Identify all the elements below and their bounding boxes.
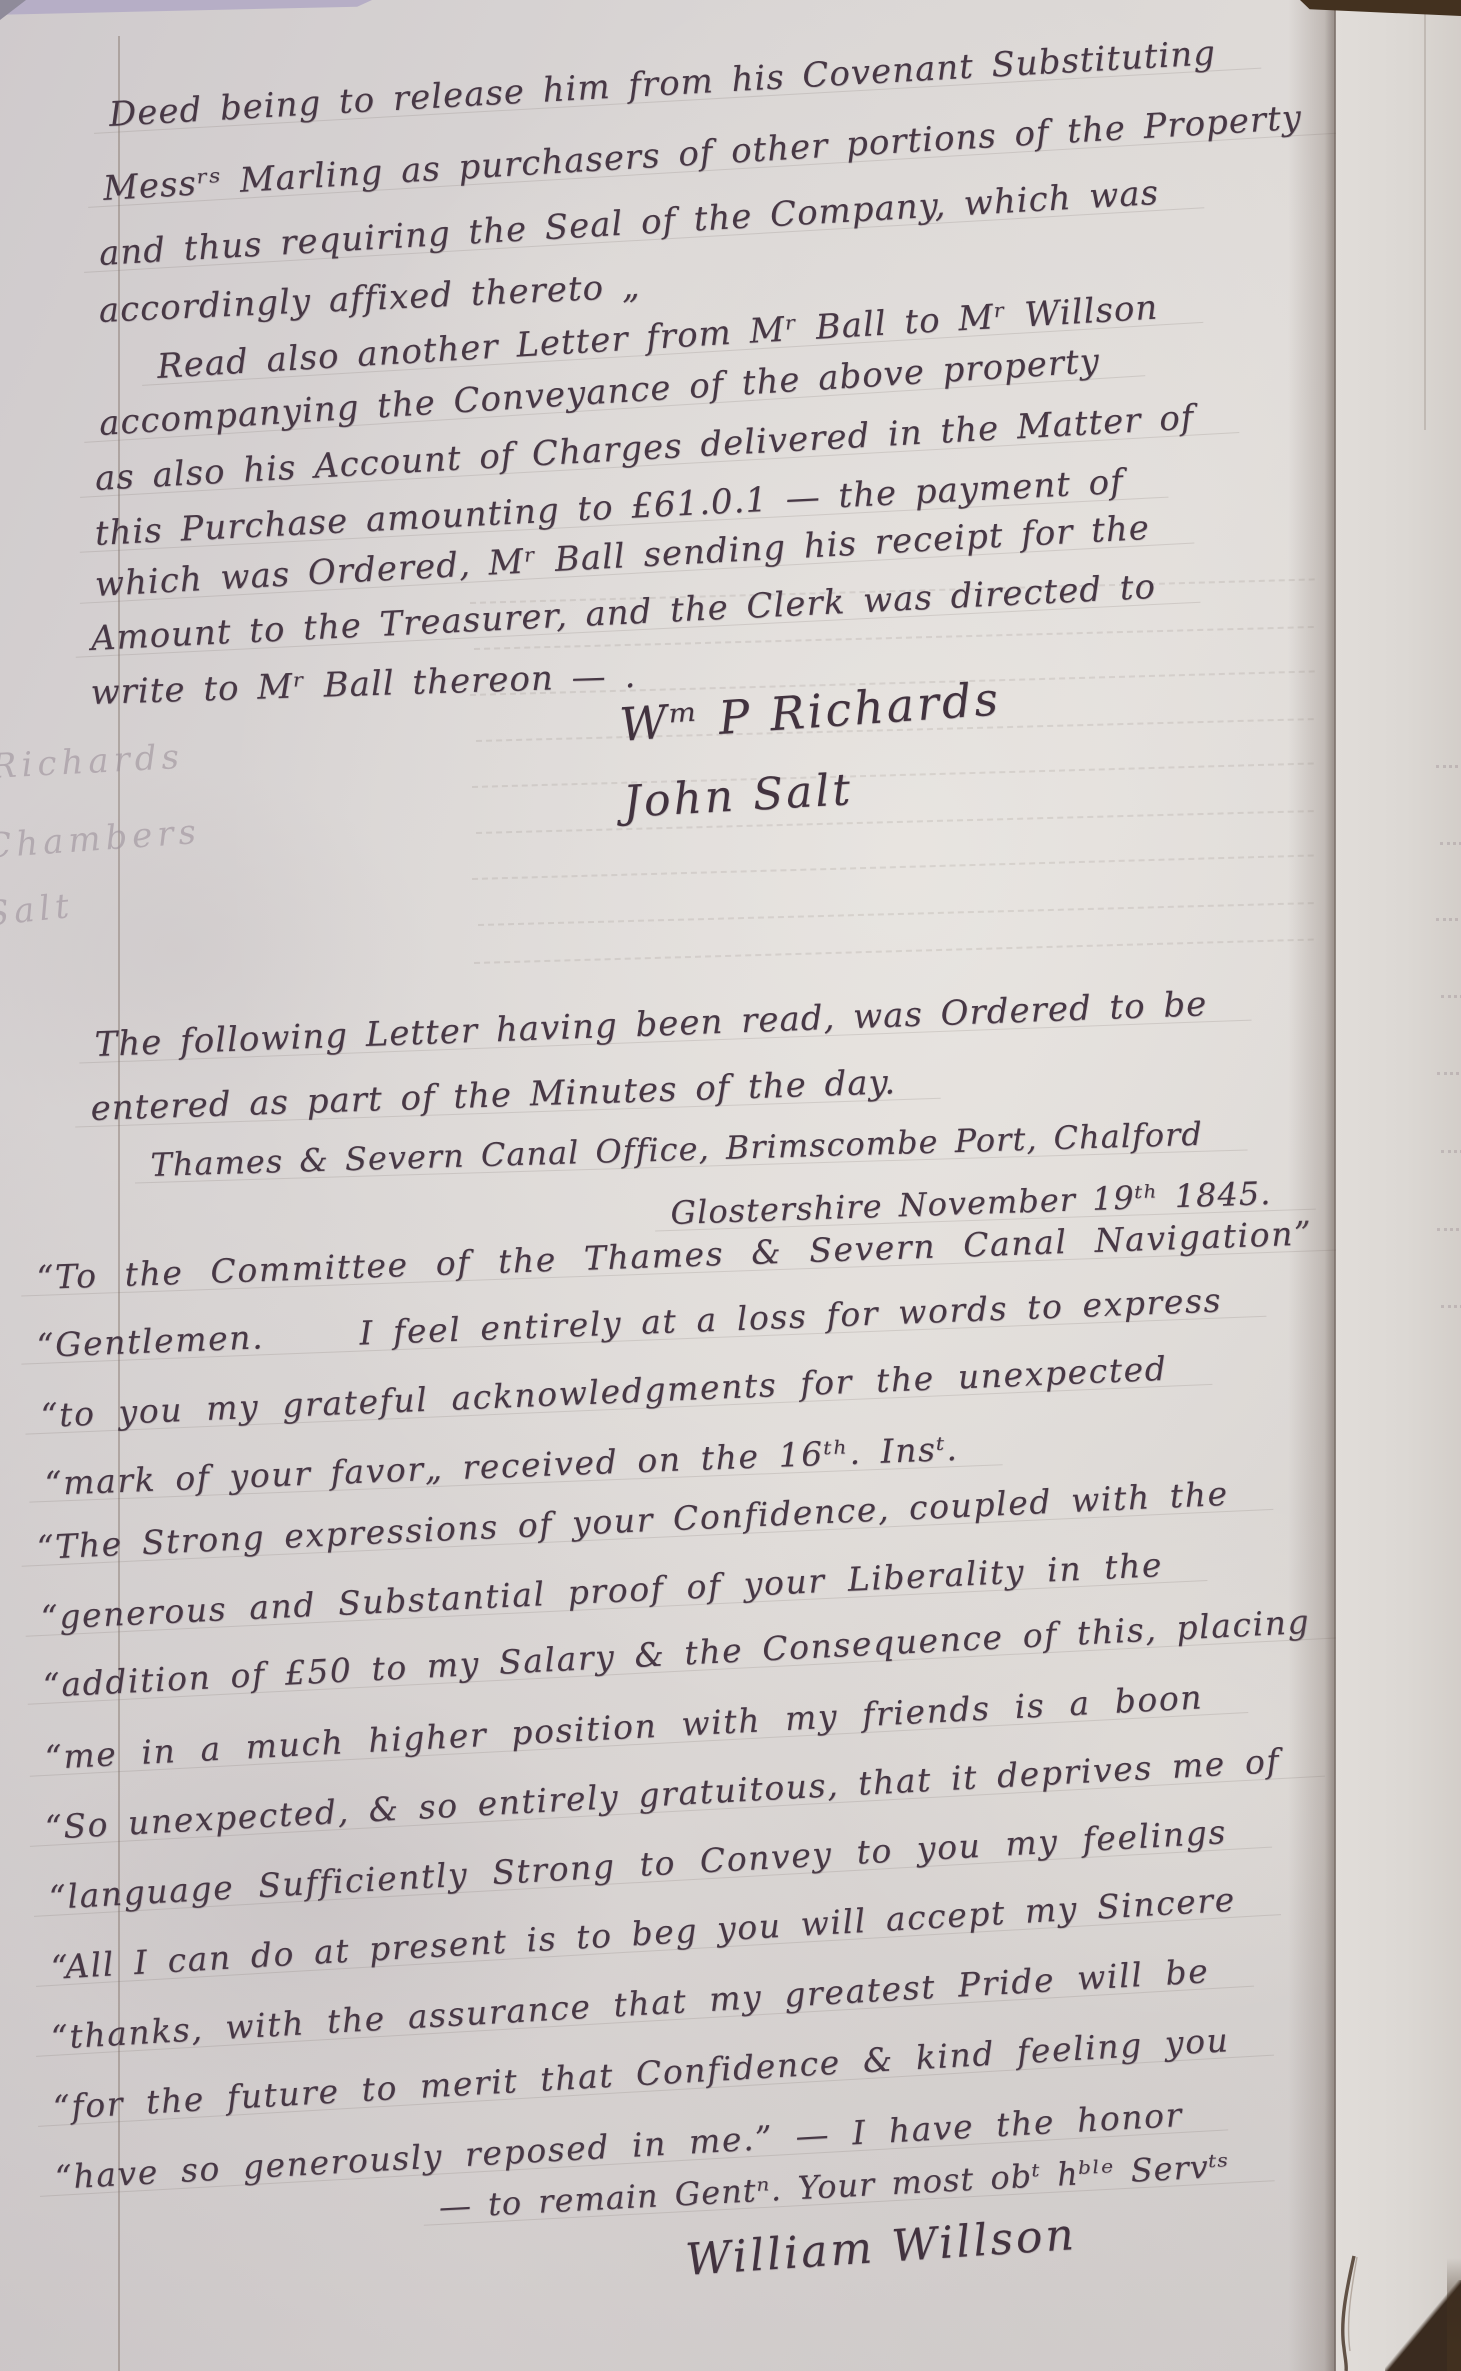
manuscript-line: Thames & Severn Canal Office, Brimscombe… (150, 1117, 1203, 1184)
show-through-mark (1436, 765, 1458, 768)
signature-salt: John Salt (622, 765, 854, 827)
ghost-rule-line (472, 854, 1314, 880)
ghost-rule-line (478, 902, 1314, 926)
show-through-mark (1437, 1072, 1459, 1075)
next-page-edge (1336, 0, 1461, 2371)
page-tear-mark (1328, 2240, 1372, 2371)
manuscript-line: accordingly affixed thereto „ (98, 267, 641, 330)
next-page-crease (1424, 0, 1426, 430)
show-through-mark (1436, 918, 1458, 921)
show-through-mark (1437, 1228, 1459, 1231)
ghost-rule-line (474, 939, 1314, 964)
show-through-mark (1441, 1305, 1461, 1308)
show-through-mark (1441, 995, 1461, 998)
signature-willson: William Willson (684, 2210, 1078, 2285)
manuscript-line: write to Mʳ Ball thereon — . (90, 657, 637, 712)
background-strip (0, 0, 372, 16)
manuscript-line: “to you my grateful acknowledgments for … (40, 1351, 1168, 1435)
manuscript-line: entered as part of the Minutes of the da… (90, 1063, 897, 1128)
manuscript-line: “Gentlemen. I feel entirely at a loss fo… (36, 1282, 1223, 1364)
manuscript-page: Deed being to release him from his Coven… (0, 0, 1461, 2371)
signature-richards: Wᵐ P Richards (618, 673, 1003, 751)
manuscript-line: The following Letter having been read, w… (94, 985, 1208, 1064)
ghost-rule-line (472, 762, 1314, 788)
book-cover-edge (1447, 2258, 1461, 2371)
margin-note-salt: Salt (0, 887, 76, 934)
show-through-mark (1441, 1150, 1461, 1153)
manuscript-photo: { "doc": { "lines": [ "Deed being to rel… (0, 0, 1461, 2371)
show-through-mark (1440, 842, 1461, 845)
ghost-rule-line (476, 810, 1314, 834)
margin-note-chambers: Chambers (0, 813, 202, 866)
margin-note-richards: Richards (0, 738, 185, 786)
page-curl-shadow (1288, 0, 1336, 2371)
